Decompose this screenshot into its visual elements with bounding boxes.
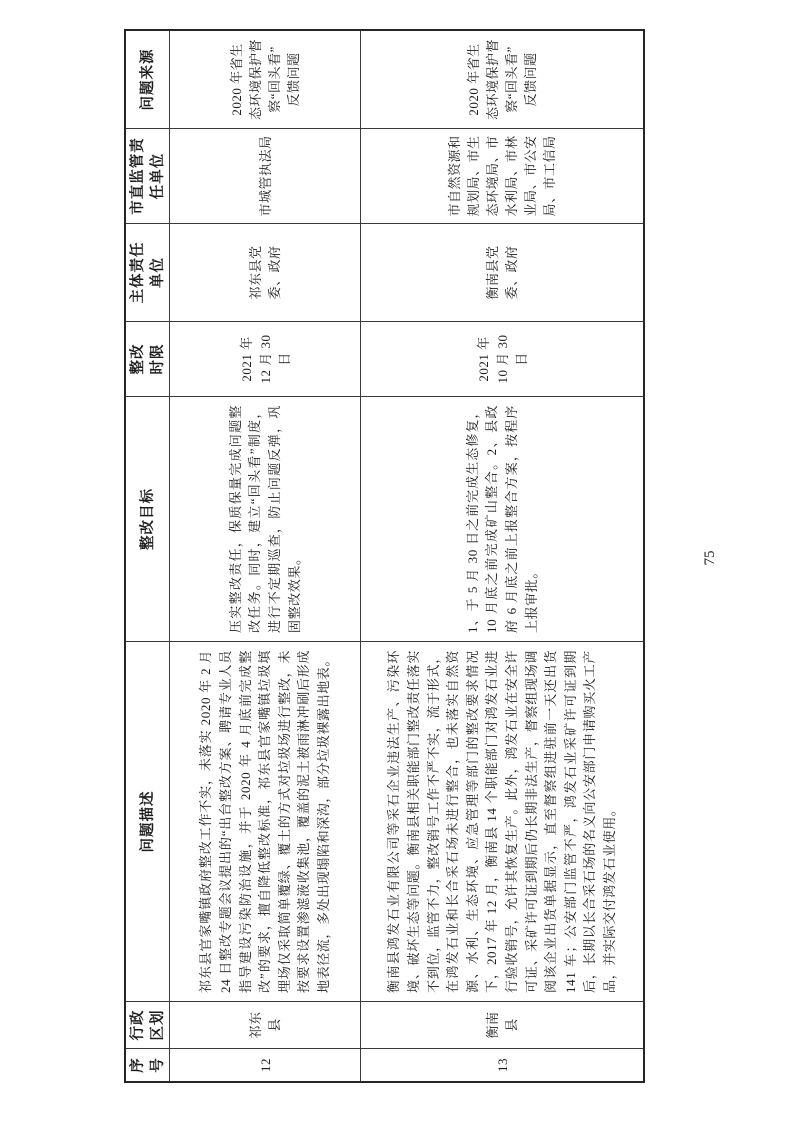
cell-supervisor-row12: 市城管执法局 <box>170 128 361 223</box>
header-deadline: 整改 时限 <box>126 321 170 396</box>
header-source: 问题来源 <box>126 31 170 128</box>
cell-deadline-row13: 2021 年 10 月 30 日 <box>361 321 643 396</box>
rectification-table: 序 号 行政 区划 问题描述 整改目标 整改 时限 主体责任 单位 市直监管责 … <box>124 29 645 1083</box>
cell-description-row12: 祁东县官家嘴镇政府整改工作不实，未落实 2020 年 2 月 24 日整改专题会… <box>170 641 361 1001</box>
header-supervision-unit: 市直监管责 任单位 <box>126 128 170 223</box>
cell-description-row13: 衡南县鸿发石业有限公司等采石企业违法生产、污染环境、破坏生态等问题。衡南县相关职… <box>361 641 643 1001</box>
cell-region-row13: 衡南 县 <box>361 1001 643 1048</box>
header-seq: 序 号 <box>126 1048 170 1081</box>
cell-responsible-row12: 祁东县党 委、政府 <box>170 223 361 321</box>
cell-seq-row12: 12 <box>170 1048 361 1081</box>
header-goal: 整改目标 <box>126 396 170 641</box>
header-responsible-unit: 主体责任 单位 <box>126 223 170 321</box>
rotated-sheet: 序 号 行政 区划 问题描述 整改目标 整改 时限 主体责任 单位 市直监管责 … <box>124 29 724 1083</box>
cell-goal-row12: 压实整改责任，保质保量完成问题整改任务。同时，建立“回头看”制度，进行不定期巡查… <box>170 396 361 641</box>
cell-deadline-row12: 2021 年 12 月 30 日 <box>170 321 361 396</box>
cell-responsible-row13: 衡南县党 委、政府 <box>361 223 643 321</box>
cell-supervisor-row13: 市自然资源和 规划局、市生 态环境局、市 水利局、市林 业局、市公安 局、市工信… <box>361 128 643 223</box>
cell-seq-row13: 13 <box>361 1048 643 1081</box>
document-page: 序 号 行政 区划 问题描述 整改目标 整改 时限 主体责任 单位 市直监管责 … <box>0 0 792 1122</box>
cell-region-row12: 祁东 县 <box>170 1001 361 1048</box>
description-text-row13: 衡南县鸿发石业有限公司等采石企业违法生产、污染环境、破坏生态等问题。衡南县相关职… <box>384 642 619 1001</box>
page-number: 75 <box>702 33 719 1083</box>
goal-text-row13: 1、于 5 月 30 日之前完成生态修复，10 月底之前完成矿山整合。2、县政府… <box>463 397 541 641</box>
description-text-row12: 祁东县官家嘴镇政府整改工作不实，未落实 2020 年 2 月 24 日整改专题会… <box>196 642 333 1001</box>
header-region: 行政 区划 <box>126 1001 170 1048</box>
cell-goal-row13: 1、于 5 月 30 日之前完成生态修复，10 月底之前完成矿山整合。2、县政府… <box>361 396 643 641</box>
cell-source-row13: 2020 年省生 态环境保护督 察“回头看” 反馈问题 <box>361 31 643 128</box>
header-description: 问题描述 <box>126 641 170 1001</box>
cell-source-row12: 2020 年省生 态环境保护督 察“回头看” 反馈问题 <box>170 31 361 128</box>
goal-text-row12: 压实整改责任，保质保量完成问题整改任务。同时，建立“回头看”制度，进行不定期巡查… <box>226 397 304 641</box>
